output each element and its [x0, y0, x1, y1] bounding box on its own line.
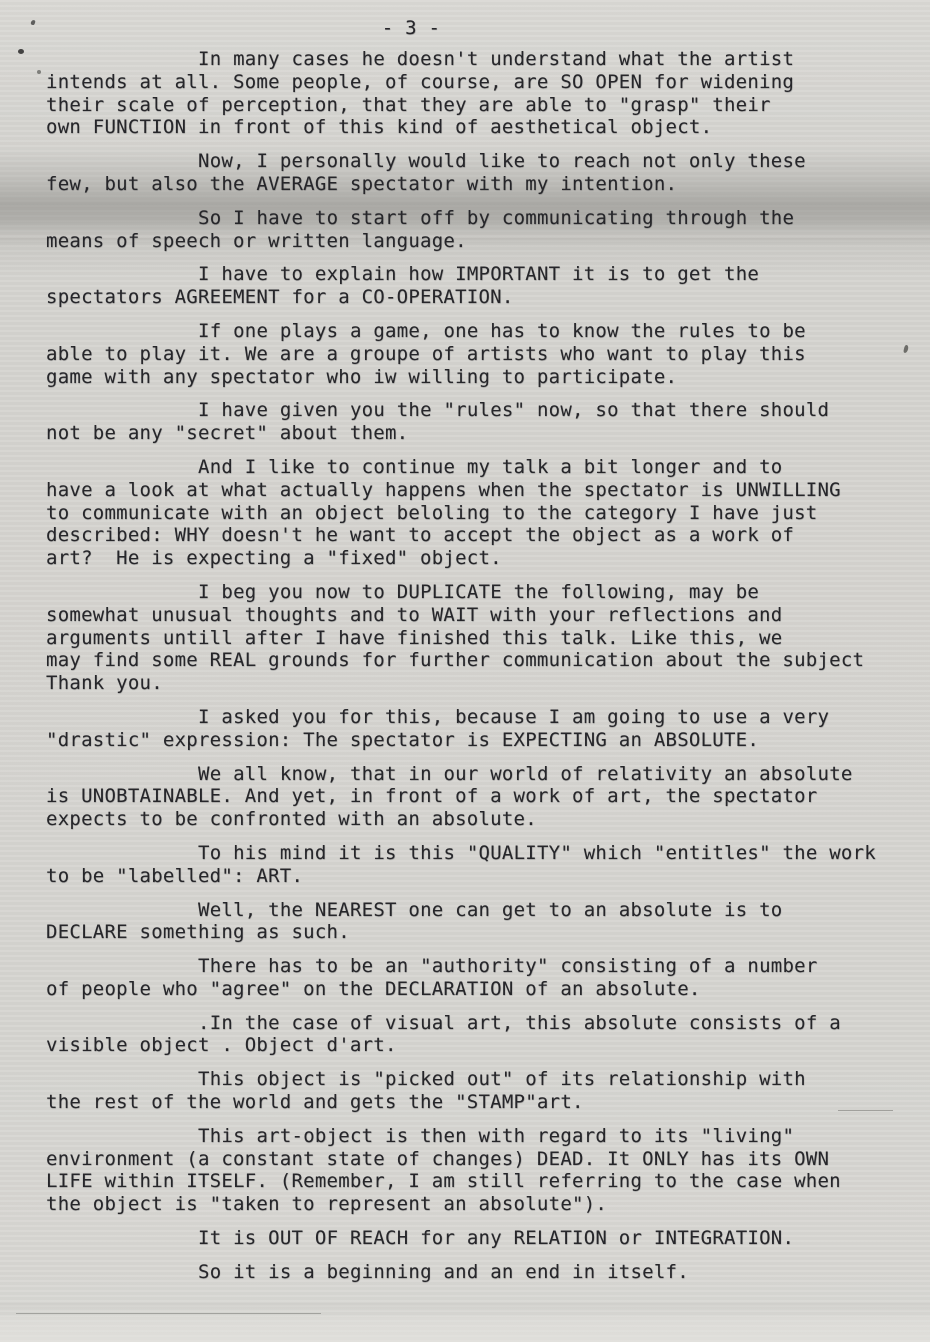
- page-number: - 3 -: [0, 0, 876, 39]
- paragraph: I have to explain how IMPORTANT it is to…: [46, 263, 920, 309]
- paragraph: Now, I personally would like to reach no…: [46, 150, 920, 196]
- paragraph: We all know, that in our world of relati…: [46, 763, 920, 831]
- paragraph: To his mind it is this "QUALITY" which "…: [46, 842, 920, 888]
- paragraph: And I like to continue my talk a bit lon…: [46, 456, 920, 570]
- bottom-scan-streak: [0, 1303, 930, 1311]
- paragraph: This art-object is then with regard to i…: [46, 1125, 920, 1216]
- bottom-light-band: [0, 1316, 930, 1342]
- paragraph: Well, the NEAREST one can get to an abso…: [46, 899, 920, 945]
- paragraph: I beg you now to DUPLICATE the following…: [46, 581, 920, 695]
- paragraph: So I have to start off by communicating …: [46, 207, 920, 253]
- paragraph: There has to be an "authority" consistin…: [46, 955, 920, 1001]
- scanned-document-page: - 3 - In many cases he doesn't understan…: [0, 0, 930, 1342]
- document-body: In many cases he doesn't understand what…: [0, 48, 930, 1284]
- paragraph: .In the case of visual art, this absolut…: [46, 1012, 920, 1058]
- paragraph: In many cases he doesn't understand what…: [46, 48, 920, 139]
- paragraph: I asked you for this, because I am going…: [46, 706, 920, 752]
- paragraph: If one plays a game, one has to know the…: [46, 320, 920, 388]
- paragraph: It is OUT OF REACH for any RELATION or I…: [46, 1227, 920, 1250]
- paragraph: This object is "picked out" of its relat…: [46, 1068, 920, 1114]
- faint-scratch-line-bottom: [16, 1313, 321, 1314]
- paragraph: I have given you the "rules" now, so tha…: [46, 399, 920, 445]
- paragraph: So it is a beginning and an end in itsel…: [46, 1261, 920, 1284]
